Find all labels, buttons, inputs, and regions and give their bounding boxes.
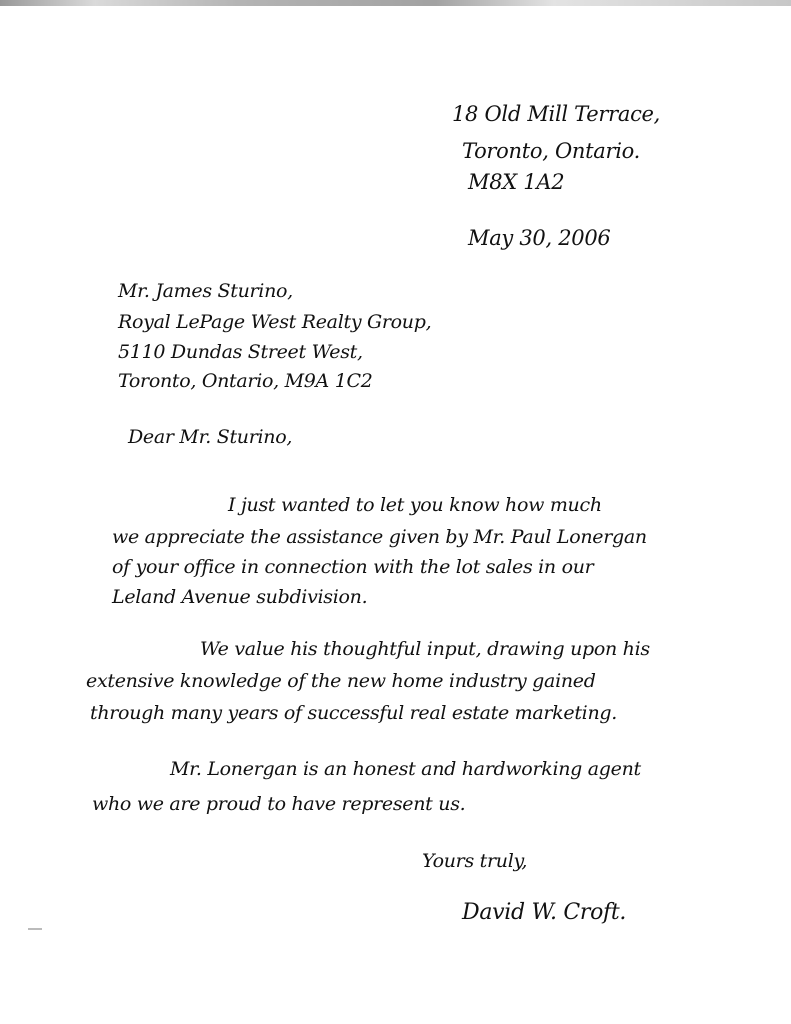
body-line: who we are proud to have represent us. xyxy=(92,795,465,814)
body-line: Leland Avenue subdivision. xyxy=(112,588,367,607)
body-line: of your office in connection with the lo… xyxy=(112,558,593,577)
body-line: We value his thoughtful input, drawing u… xyxy=(200,640,650,659)
closing: Yours truly, xyxy=(422,852,527,871)
body-line: Mr. Lonergan is an honest and hardworkin… xyxy=(170,760,641,779)
sender-address-line-2: Toronto, Ontario. xyxy=(462,141,640,162)
body-line: through many years of successful real es… xyxy=(90,704,617,723)
body-line: I just wanted to let you know how much xyxy=(228,496,602,515)
sender-address-line-1: 18 Old Mill Terrace, xyxy=(452,104,660,125)
body-line: we appreciate the assistance given by Mr… xyxy=(112,528,647,547)
signature: David W. Croft. xyxy=(462,902,626,924)
sender-address-line-3: M8X 1A2 xyxy=(468,172,564,193)
recipient-line-1: Mr. James Sturino, xyxy=(118,282,293,301)
recipient-line-3: 5110 Dundas Street West, xyxy=(118,343,363,362)
scan-edge-artifact xyxy=(0,0,791,6)
body-line: extensive knowledge of the new home indu… xyxy=(86,672,596,691)
salutation: Dear Mr. Sturino, xyxy=(128,428,292,447)
recipient-line-4: Toronto, Ontario, M9A 1C2 xyxy=(118,372,373,391)
recipient-line-2: Royal LePage West Realty Group, xyxy=(118,313,431,332)
scan-speck xyxy=(28,928,42,930)
letter-date: May 30, 2006 xyxy=(468,228,610,249)
